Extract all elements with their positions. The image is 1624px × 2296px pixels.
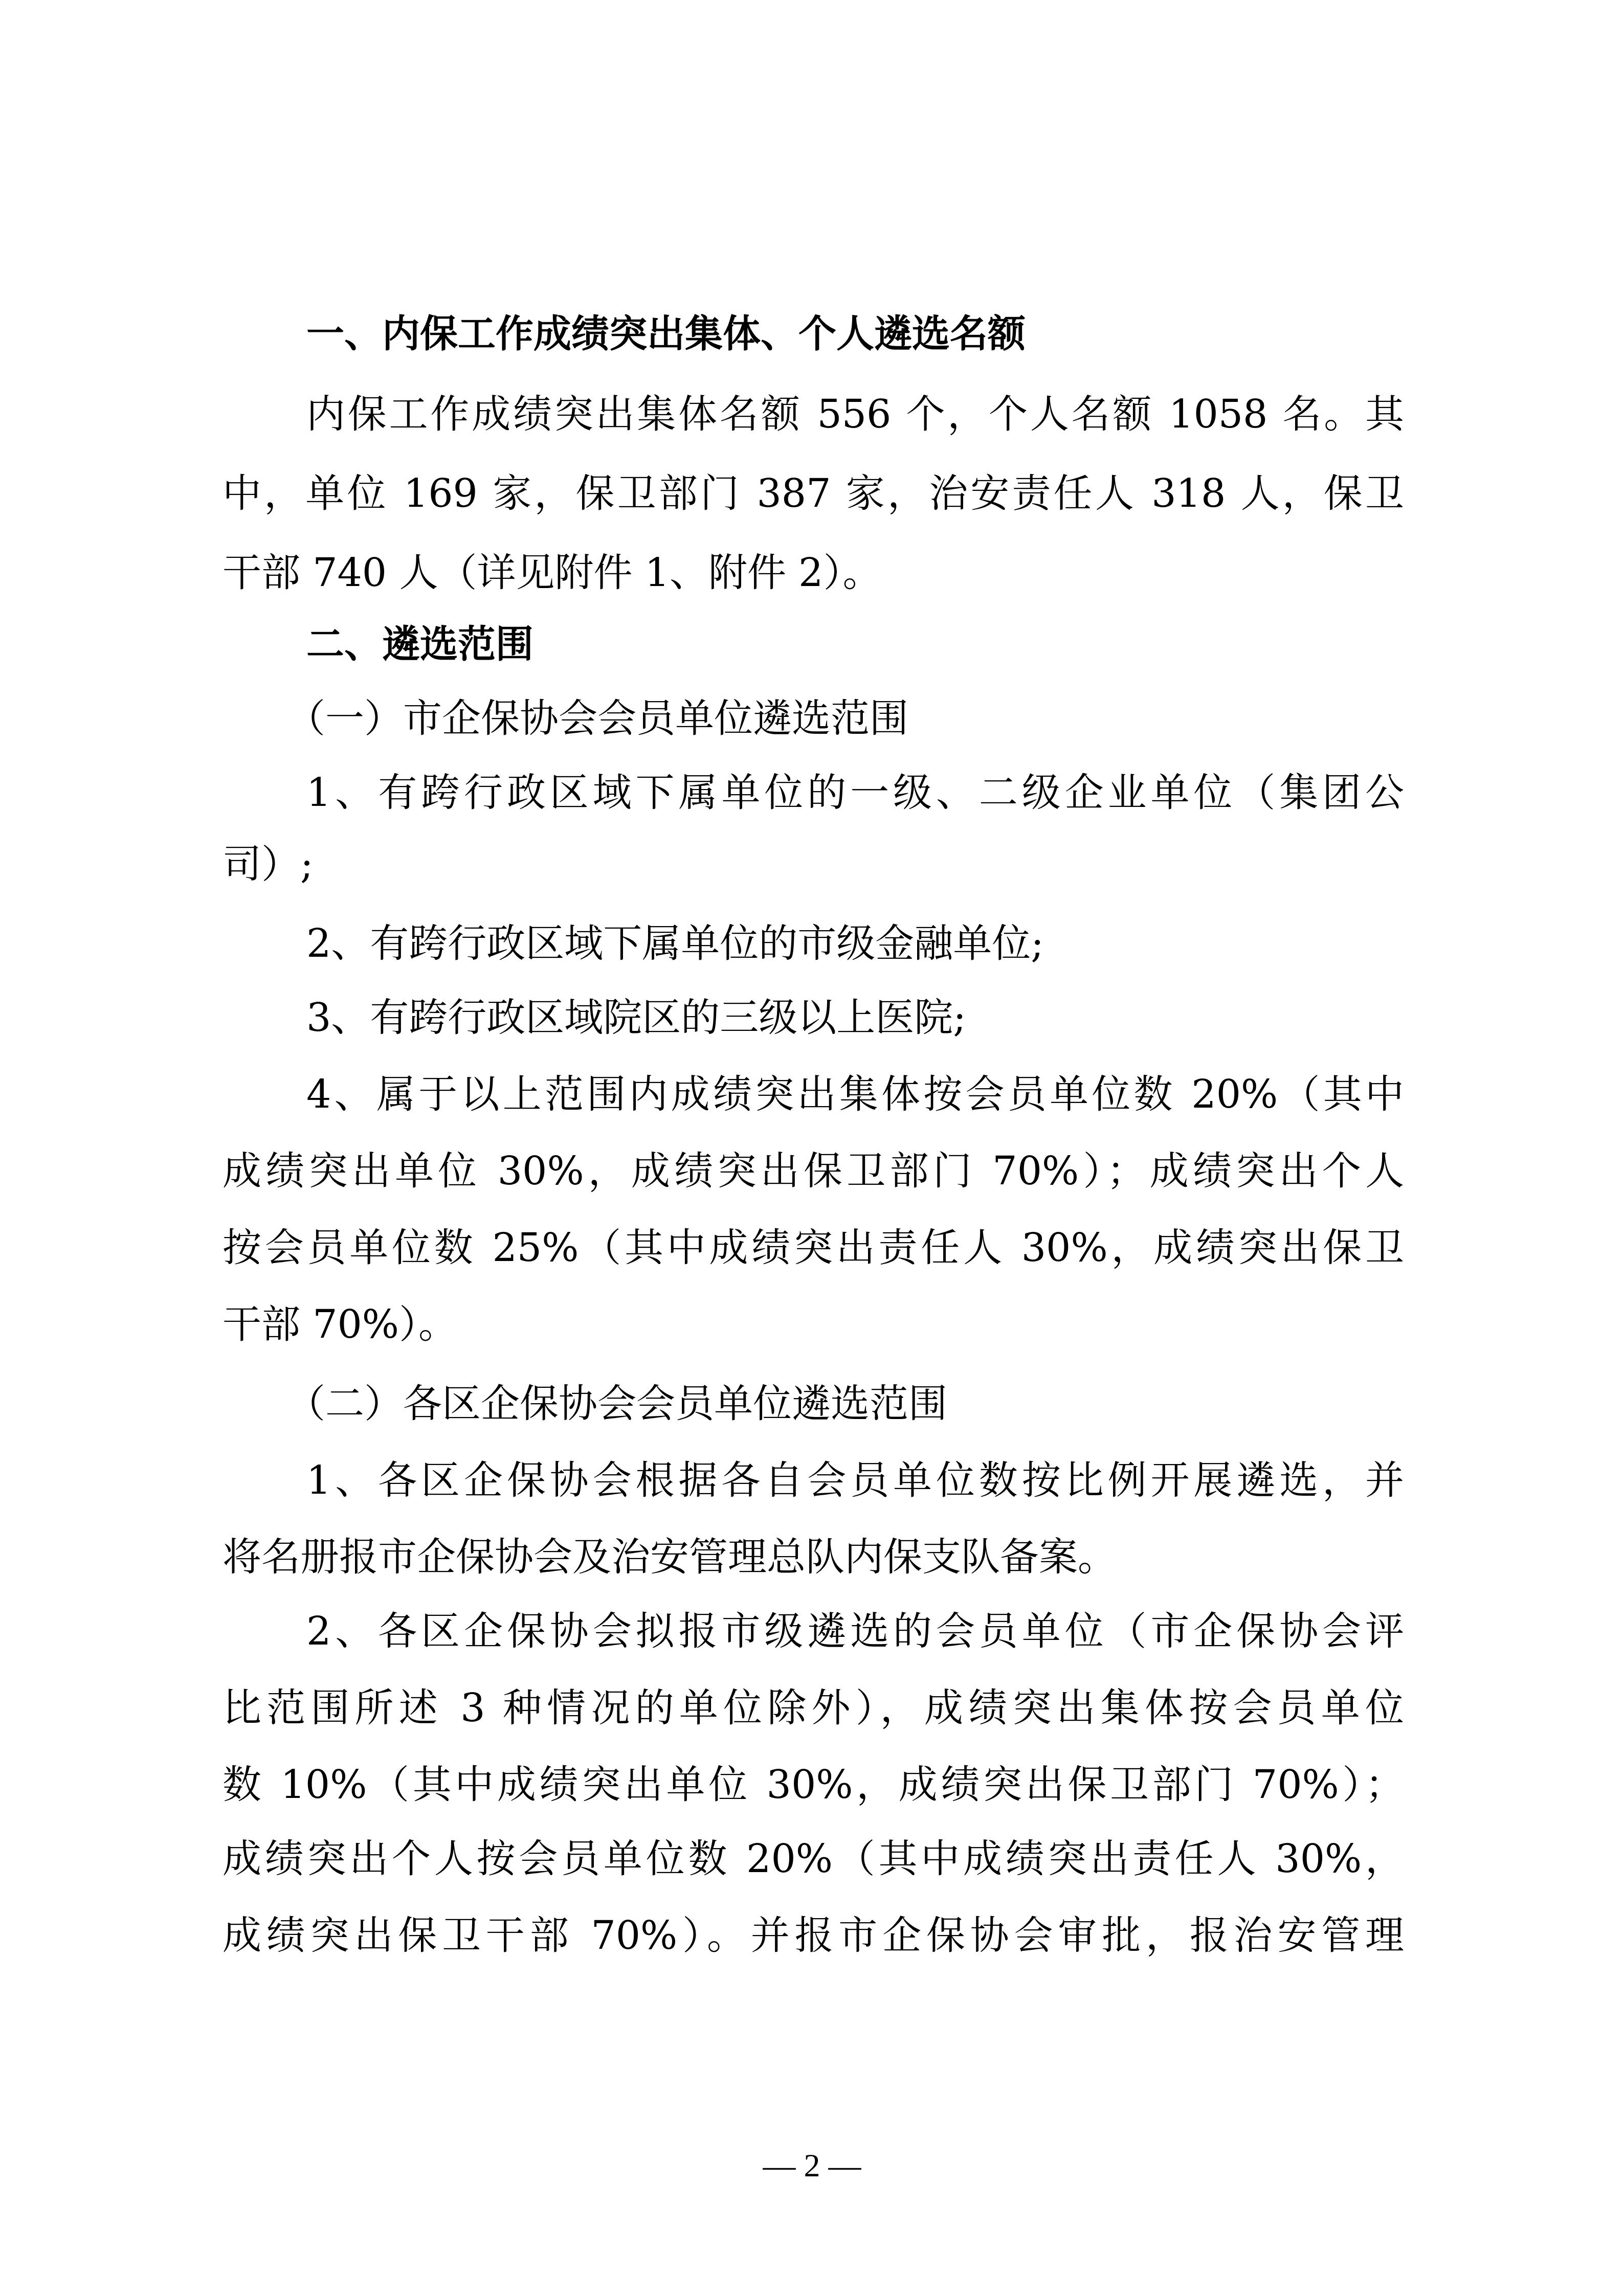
list-item-line: 2、各区企保协会拟报市级遴选的会员单位（市企保协会评 [306,1603,1404,1659]
paragraph-line: 内保工作成绩突出集体名额 556 个，个人名额 1058 名。其 [306,386,1404,442]
list-item-line: 比范围所述 3 种情况的单位除外），成绩突出集体按会员单位 [223,1680,1404,1736]
list-item-line: 4、属于以上范围内成绩突出集体按会员单位数 20%（其中 [306,1066,1404,1122]
paragraph-line: 中，单位 169 家，保卫部门 387 家，治安责任人 318 人，保卫 [223,465,1404,522]
list-item-line: 将名册报市企保协会及治安管理总队内保支队备案。 [223,1529,1404,1585]
list-item-line: 2、有跨行政区域下属单位的市级金融单位; [306,915,1404,972]
page-number: — 2 — [0,2137,1624,2194]
subsection-title-1: （一）市企保协会会员单位遴选范围 [286,690,1468,747]
list-item-line: 干部 70%）。 [223,1296,1404,1353]
paragraph-line: 干部 740 人（详见附件 1、附件 2）。 [223,545,1404,601]
list-item-line: 3、有跨行政区域院区的三级以上医院; [306,989,1404,1046]
list-item-line: 按会员单位数 25%（其中成绩突出责任人 30%，成绩突出保卫 [223,1220,1404,1276]
list-item-line: 成绩突出个人按会员单位数 20%（其中成绩突出责任人 30%， [223,1831,1404,1887]
subsection-title-2: （二）各区企保协会会员单位遴选范围 [286,1376,1468,1432]
section-heading-2: 二、遴选范围 [306,616,1404,672]
section-heading-1: 一、内保工作成绩突出集体、个人遴选名额 [306,306,1404,362]
list-item-line: 数 10%（其中成绩突出单位 30%，成绩突出保卫部门 70%）； [223,1757,1404,1813]
list-item-line: 成绩突出单位 30%，成绩突出保卫部门 70%）；成绩突出个人 [223,1143,1404,1199]
list-item-line: 成绩突出保卫干部 70%）。并报市企保协会审批，报治安管理 [223,1907,1404,1964]
list-item-line: 1、有跨行政区域下属单位的一级、二级企业单位（集团公 [306,764,1404,821]
list-item-line: 1、各区企保协会根据各自会员单位数按比例开展遴选，并 [306,1452,1404,1509]
list-item-line: 司）; [223,836,1404,892]
document-page: 一、内保工作成绩突出集体、个人遴选名额 内保工作成绩突出集体名额 556 个，个… [0,0,1624,2296]
